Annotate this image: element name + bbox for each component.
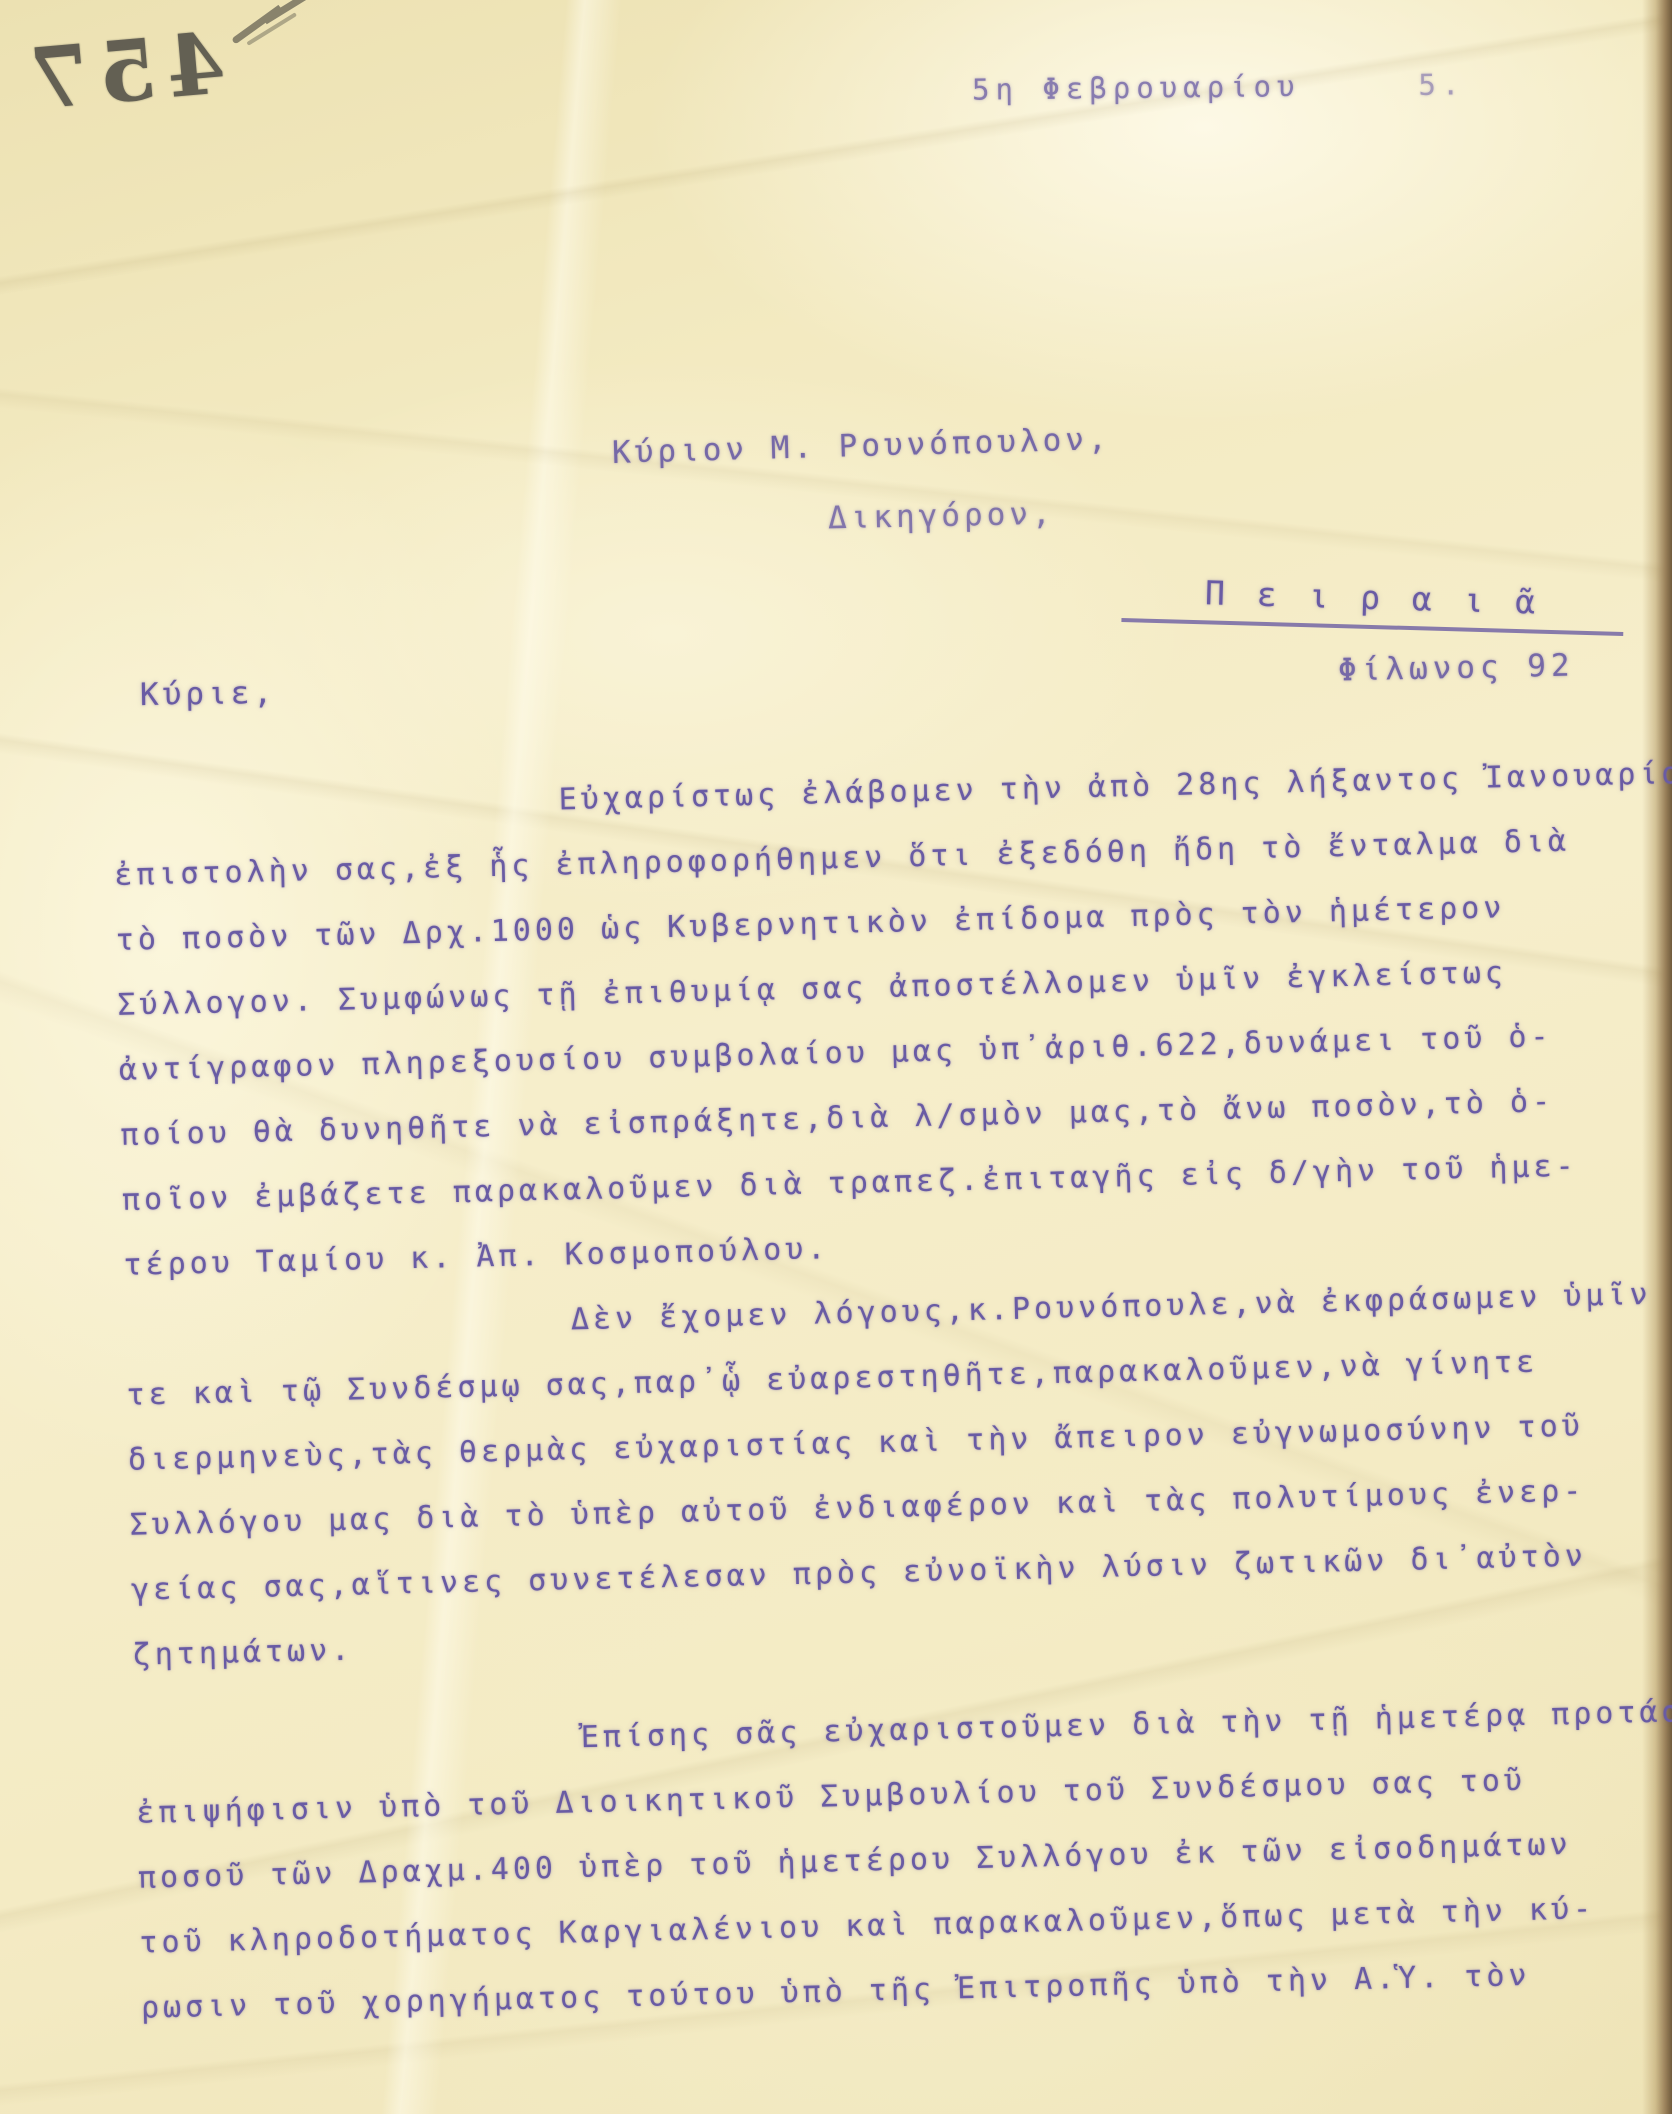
paragraph-3: Ἐπίσης σᾶς εὐχαριστοῦμεν διὰ τὴν τῇ ἡμετ… <box>134 1681 1635 2041</box>
recipient-street: Φίλωνος 92 <box>1338 648 1575 689</box>
date-day-month: 5η Φεβρουαρίου <box>972 69 1301 106</box>
paragraph-2: Δὲν ἔχομεν λόγους,κ.Ρουνόπουλε,νὰ ἐκφράσ… <box>124 1263 1627 1688</box>
date-line: 5η Φεβρουαρίου5. <box>972 67 1466 106</box>
date-year-fragment: 5. <box>1418 67 1465 101</box>
archive-number-stamp-mirrored: 457 <box>16 13 229 130</box>
paragraph-1: Εὐχαρίστως ἐλάβομεν τὴν ἀπὸ 28ης λήξαντο… <box>112 743 1618 1298</box>
letter-body: Εὐχαρίστως ἐλάβομεν τὴν ἀπὸ 28ης λήξαντο… <box>112 743 1635 2041</box>
recipient-title: Δικηγόρον, <box>828 496 1055 537</box>
salutation: Κύριε, <box>140 675 277 713</box>
page-binding-edge <box>1642 0 1672 2114</box>
